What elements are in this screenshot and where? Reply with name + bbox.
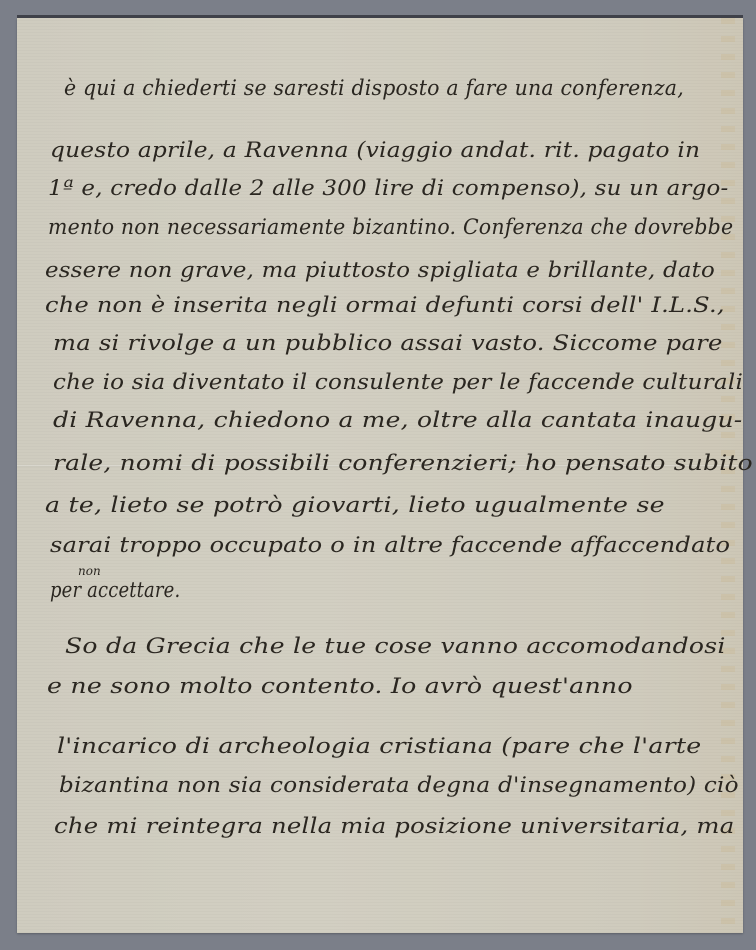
handwritten-line: che mi reintegra nella mia posizione uni… <box>54 814 734 838</box>
handwritten-line: e ne sono molto contento. Io avrò quest'… <box>47 674 633 698</box>
handwritten-line: che io sia diventato il consulente per l… <box>53 370 743 394</box>
handwritten-line: sarai troppo occupato o in altre faccend… <box>50 533 730 557</box>
handwritten-line: So da Grecia che le tue cose vanno accom… <box>65 634 726 658</box>
handwritten-line: l'incarico di archeologia cristiana (par… <box>57 734 701 758</box>
handwritten-line: è qui a chiederti se saresti disposto a … <box>64 76 684 100</box>
handwritten-line: rale, nomi di possibili conferenzieri; h… <box>53 451 753 475</box>
letter-page: è qui a chiederti se saresti disposto a … <box>17 18 743 933</box>
handwritten-line: per accettare. <box>50 578 180 602</box>
handwritten-line: ma si rivolge a un pubblico assai vasto.… <box>53 331 723 355</box>
handwritten-line: questo aprile, a Ravenna (viaggio andat.… <box>50 138 700 162</box>
handwritten-line: che non è inserita negli ormai defunti c… <box>45 293 725 317</box>
handwritten-line: di Ravenna, chiedono a me, oltre alla ca… <box>53 408 742 432</box>
handwritten-insertion: non <box>78 564 101 578</box>
handwritten-line: bizantina non sia considerata degna d'in… <box>59 773 739 797</box>
handwritten-line: essere non grave, ma piuttosto spigliata… <box>45 258 715 282</box>
handwritten-line: a te, lieto se potrò giovarti, lieto ugu… <box>45 493 665 517</box>
handwritten-line: mento non necessariamente bizantino. Con… <box>48 215 733 239</box>
handwritten-line: 1ª e, credo dalle 2 alle 300 lire di com… <box>48 176 729 200</box>
